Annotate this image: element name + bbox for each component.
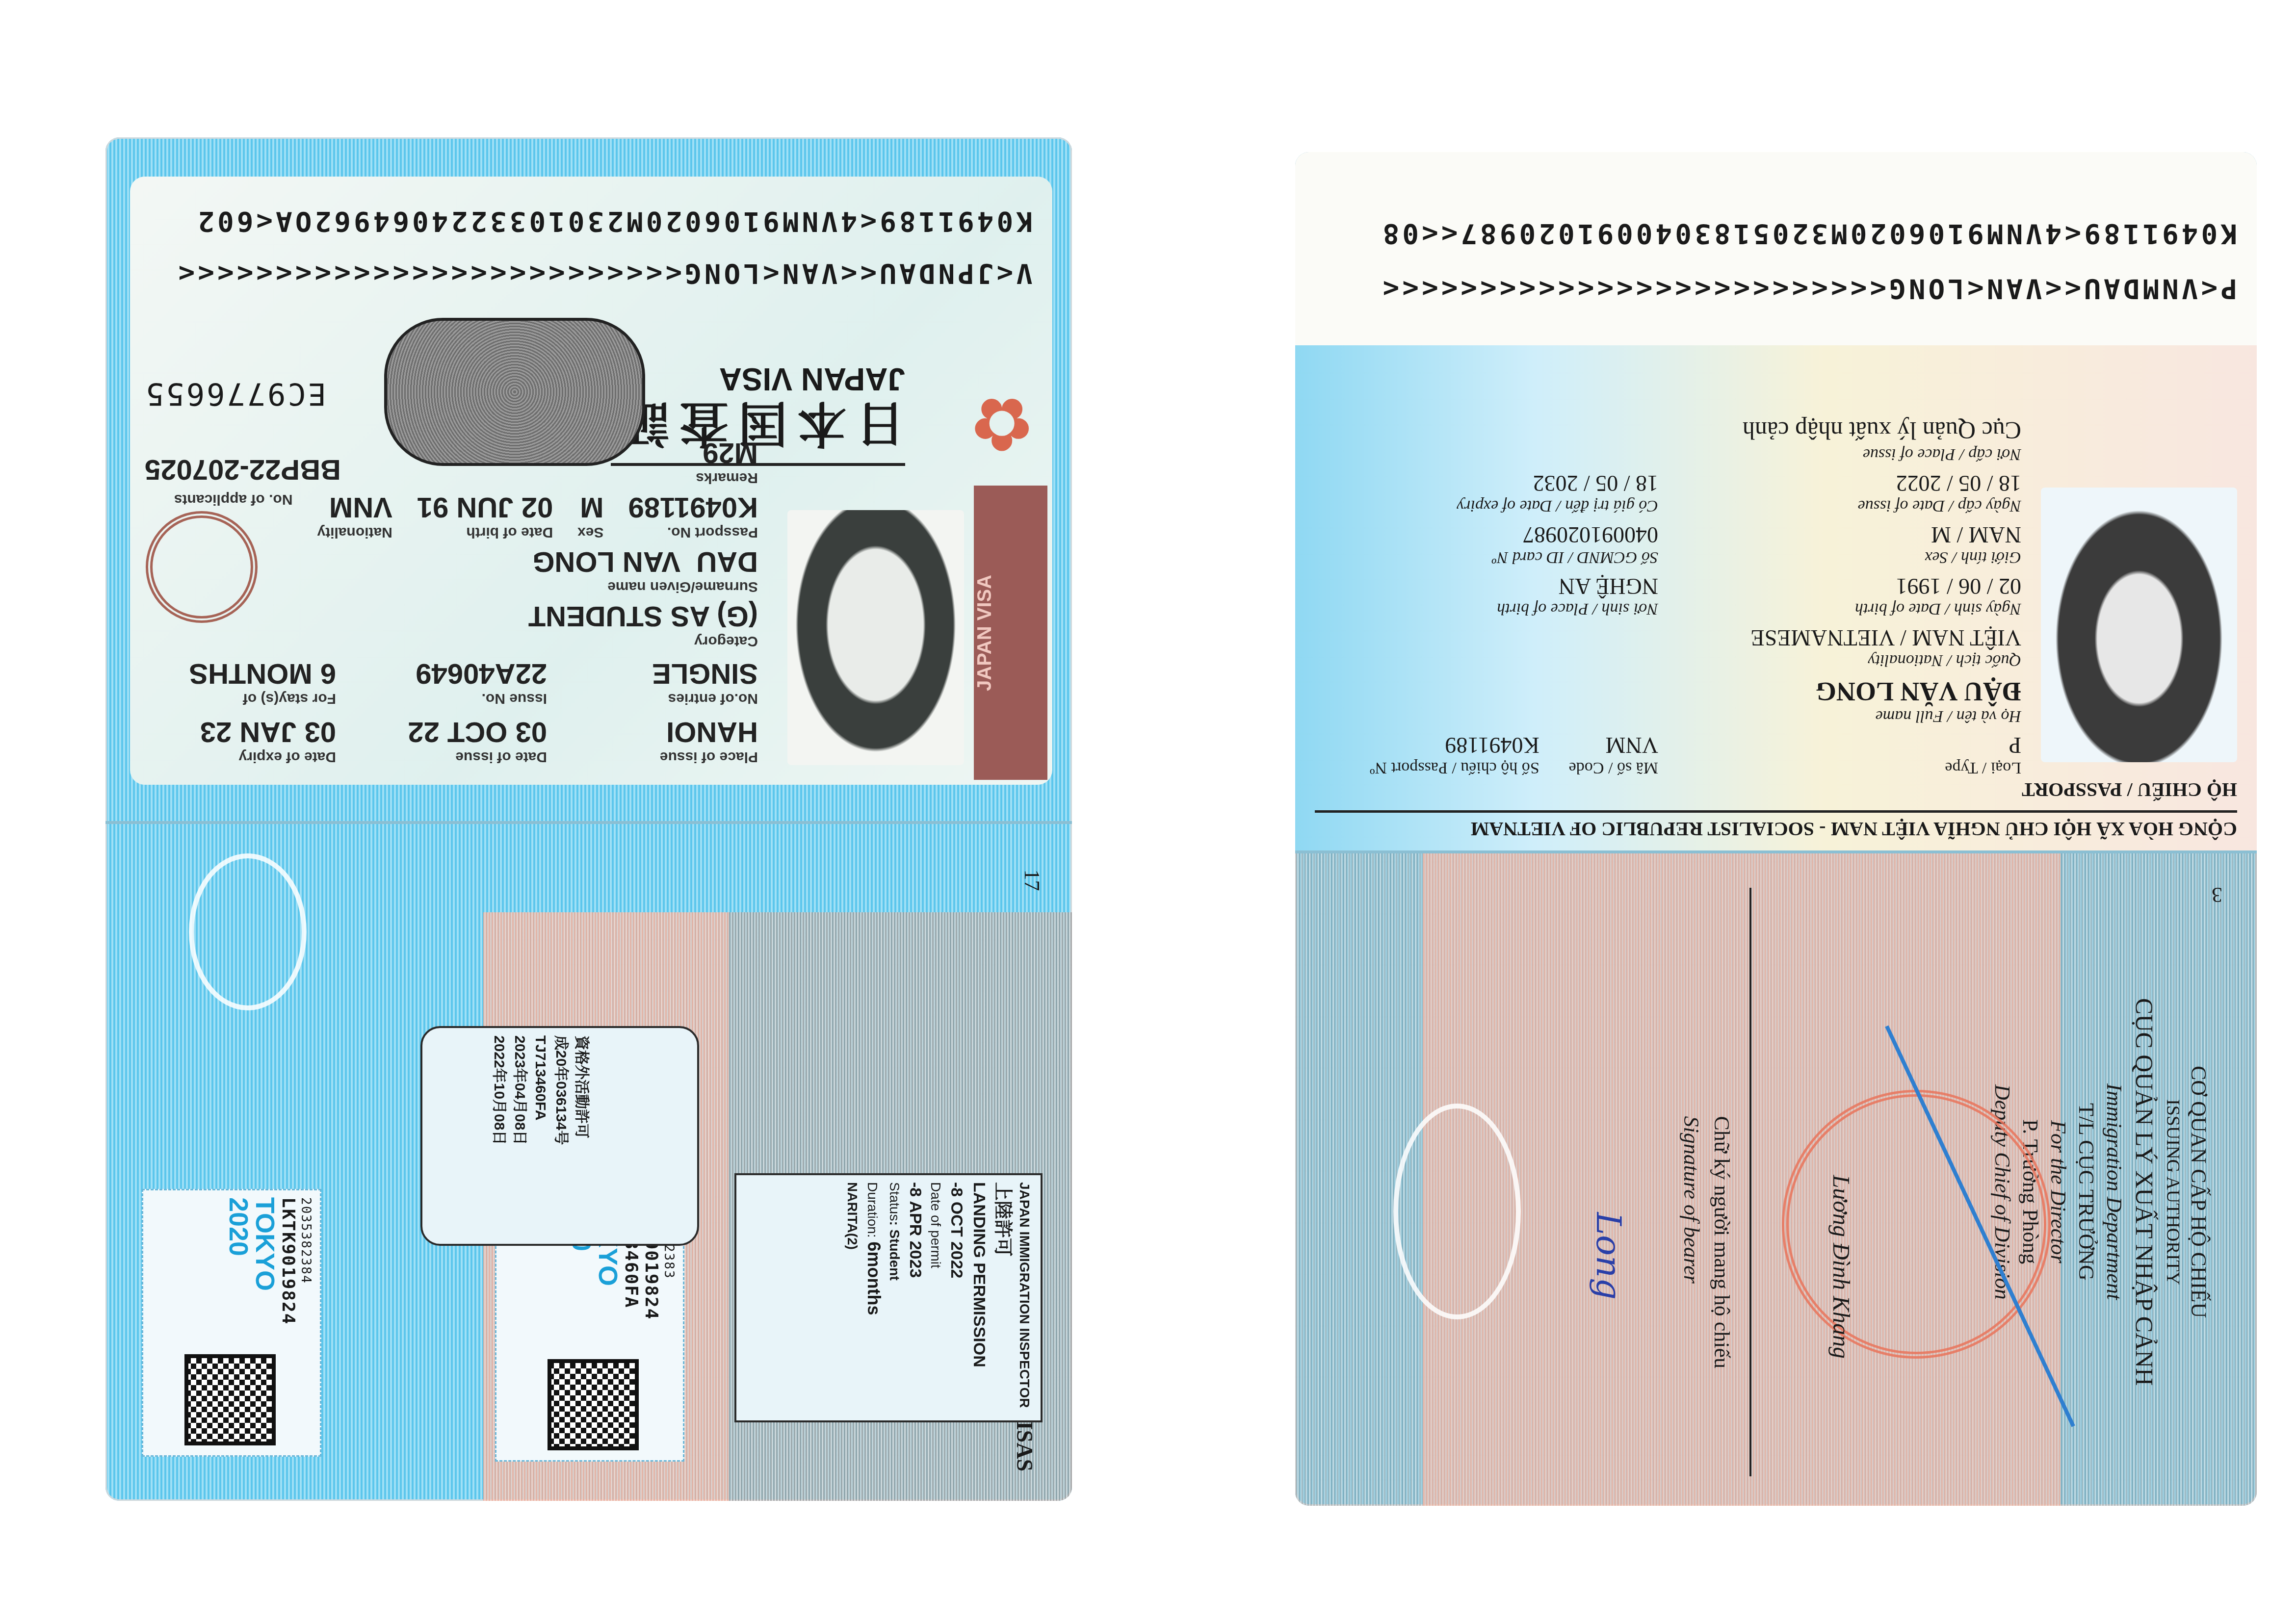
visa-photo <box>787 510 964 765</box>
visas-page: THỊ THỰC — VISAS 17 JAPAN IMMIGRATION IN… <box>105 824 1072 1501</box>
field-place-of-issue: Place of issueHANOI <box>567 716 758 765</box>
field-stay: For stay(s) of6 MONTHS <box>145 657 336 707</box>
sakura-icon: ✿ <box>915 363 1033 461</box>
signature-divider <box>1749 888 1751 1476</box>
activity-ref: TJ713460FA <box>530 1035 550 1292</box>
bearer-label-en: Signature of bearer <box>1676 1116 1707 1368</box>
bearer-signature: Long <box>1589 1212 1629 1300</box>
qr-code <box>184 1354 276 1445</box>
page-number: 3 <box>2212 882 2222 907</box>
duration-label: Duration: <box>865 1182 880 1238</box>
qr-code <box>548 1359 639 1450</box>
visa-booklet-spread: THỊ THỰC — VISAS 17 JAPAN IMMIGRATION IN… <box>105 137 1072 1501</box>
activity-title: 資格外活動許可 <box>571 1035 592 1292</box>
field-applicants: No. of applicants <box>174 491 293 508</box>
mofa-seal <box>146 511 258 623</box>
activity-issued: 2022年10月08日 <box>489 1035 509 1292</box>
mrz-line-2: K0491189<4VNM9106020M3205183040091020987… <box>1315 206 2237 261</box>
bearer-label-vn: Chữ ký người mang hộ chiếu <box>1706 1116 1737 1368</box>
date-of-permit-label: Date of permit <box>926 1182 945 1414</box>
authority-page: 3 CƠ QUAN CẤP HỘ CHIẾU ISSUING AUTHORITY… <box>1295 853 2257 1506</box>
field-type: Loại / TypeP <box>1678 732 2021 777</box>
landing-slip-2: 2035382384 LKTK9019824 TOKYO 2020 <box>142 1189 321 1457</box>
authority-heading-vn: CƠ QUAN CẤP HỘ CHIẾU <box>2185 898 2213 1486</box>
visa-mrz: V<JPNDAU<<VAN<LONG<<<<<<<<<<<<<<<<<<<<<<… <box>176 195 1033 299</box>
visa-title-en: JAPAN VISA <box>719 361 905 397</box>
page-number: 17 <box>1019 870 1044 891</box>
official-name: Lương Đình Khang <box>1827 1175 1854 1359</box>
visa-serial: EC9776655 <box>144 376 326 412</box>
field-full-name: Họ và tên / Full nameĐẬU VĂN LONG <box>1315 676 2021 725</box>
slip-code-1: LKTK9019824 <box>278 1197 298 1448</box>
field-date-of-expiry: Có giá trị đến / Date of expiry18 / 05 /… <box>1315 470 1658 515</box>
spine <box>1295 850 2257 853</box>
ornament-icon <box>189 853 307 1010</box>
field-passport-no: Passport No.K0491189 <box>628 491 758 541</box>
field-dob: Ngày sinh / Date of birth02 / 06 / 1991 <box>1678 573 2021 618</box>
field-place-of-birth: Nơi sinh / Place of birthNGHỆ AN <box>1315 573 1658 618</box>
field-code-passport: Mã số / CodeVNM Số hộ chiếu / Passport N… <box>1315 732 1658 777</box>
field-entries: No.of entriesSINGLE <box>567 657 758 707</box>
mrz-line-2: K0491189<4VNM9106020M2301033224064962OA<… <box>176 195 1033 247</box>
field-place-of-issue: Nơi cấp / Place of issueCục Quản lý xuất… <box>1315 416 2021 463</box>
vertical-label: JAPAN VISA <box>974 486 1047 780</box>
field-date-of-expiry: Date of expiry03 JAN 23 <box>145 716 336 765</box>
visa-reference: BBP22-207025 <box>145 437 341 486</box>
status-value: Student <box>887 1230 902 1281</box>
inspector-header: JAPAN IMMIGRATION INSPECTOR <box>1015 1182 1034 1414</box>
activity-permit-no: 成20年036134号 <box>550 1035 571 1292</box>
country-header: CỘNG HÒA XÃ HỘI CHỦ NGHĨA VIỆT NAM - SOC… <box>1315 810 2237 841</box>
permit-date: -8 OCT 2022 <box>945 1182 967 1414</box>
mrz-line-1: P<VNMDAU<<VAN<LONG<<<<<<<<<<<<<<<<<<<<<<… <box>1315 261 2237 316</box>
passport-data-page: CỘNG HÒA XÃ HỘI CHỦ NGHĨA VIỆT NAM - SOC… <box>1295 152 2257 850</box>
bearer-signature-label: Chữ ký người mang hộ chiếu Signature of … <box>1676 1116 1737 1368</box>
passport-booklet-spread: 3 CƠ QUAN CẤP HỘ CHIẾU ISSUING AUTHORITY… <box>1295 152 2257 1506</box>
official-seal <box>1782 1090 2051 1359</box>
visa-booklet-rotated: THỊ THỰC — VISAS 17 JAPAN IMMIGRATION IN… <box>105 137 1072 1501</box>
spine <box>105 821 1072 824</box>
until-date: -8 APR 2023 <box>904 1182 926 1414</box>
status-label: Status <box>887 1182 902 1221</box>
ornament-icon <box>1393 1104 1521 1319</box>
activity-permission-stamp: 資格外活動許可 成20年036134号 TJ713460FA 2023年04月0… <box>420 1026 699 1246</box>
field-nationality: NationalityVNM <box>317 491 392 541</box>
passport-booklet-rotated: 3 CƠ QUAN CẤP HỘ CHIẾU ISSUING AUTHORITY… <box>1295 152 2257 1506</box>
mrz-line-1: V<JPNDAU<<VAN<LONG<<<<<<<<<<<<<<<<<<<<<<… <box>176 247 1033 299</box>
field-issue-no: Issue No.22A40649 <box>356 657 547 707</box>
passport-photo <box>2041 488 2237 762</box>
field-id-card: Số GCMND / ID card Nº040091020987 <box>1315 522 1658 566</box>
field-date-of-issue: Date of issue03 OCT 22 <box>356 716 547 765</box>
field-date-of-issue: Ngày cấp / Date of issue18 / 05 / 2022 <box>1678 470 2021 515</box>
japan-visa-sticker: JAPAN VISA ✿ 日本国査証 JAPAN VISA EC9776655 … <box>130 177 1052 785</box>
field-remarks: RemarksM29 <box>696 437 758 486</box>
landing-title: LANDING PERMISSION <box>967 1182 990 1414</box>
activity-valid-until: 2023年04月08日 <box>509 1035 530 1292</box>
doc-title: HỘ CHIẾU / PASSPORT <box>2022 778 2237 801</box>
field-sex: SexM <box>577 491 603 541</box>
passport-fields: Loại / TypeP Mã số / CodeVNM Số hộ chiếu… <box>1315 416 2021 777</box>
department-vn: CỤC QUẢN LÝ XUẤT NHẬP CẢNH <box>2128 898 2160 1486</box>
for-director-vn: T/L CỤC TRƯỞNG <box>2072 898 2100 1486</box>
landing-permission-stamp: JAPAN IMMIGRATION INSPECTOR 上陸許可 LANDING… <box>734 1173 1043 1422</box>
field-dob: Date of birth02 JUN 91 <box>417 491 553 541</box>
passport-mrz: P<VNMDAU<<VAN<LONG<<<<<<<<<<<<<<<<<<<<<<… <box>1295 152 2257 345</box>
duration-value: 6months <box>864 1241 884 1315</box>
field-sex: Giới tính / SexNAM / M <box>1678 522 2021 566</box>
department-en: Immigration Department <box>2100 898 2128 1486</box>
authority-heading-en: ISSUING AUTHORITY <box>2160 898 2184 1486</box>
jp-title: 上陸許可 <box>990 1182 1015 1414</box>
slip-number: 2035382384 <box>298 1197 313 1448</box>
port: NARITA(2) <box>843 1182 861 1414</box>
field-nationality: Quốc tịch / NationalityVIỆT NAM / VIETNA… <box>1315 625 2021 669</box>
